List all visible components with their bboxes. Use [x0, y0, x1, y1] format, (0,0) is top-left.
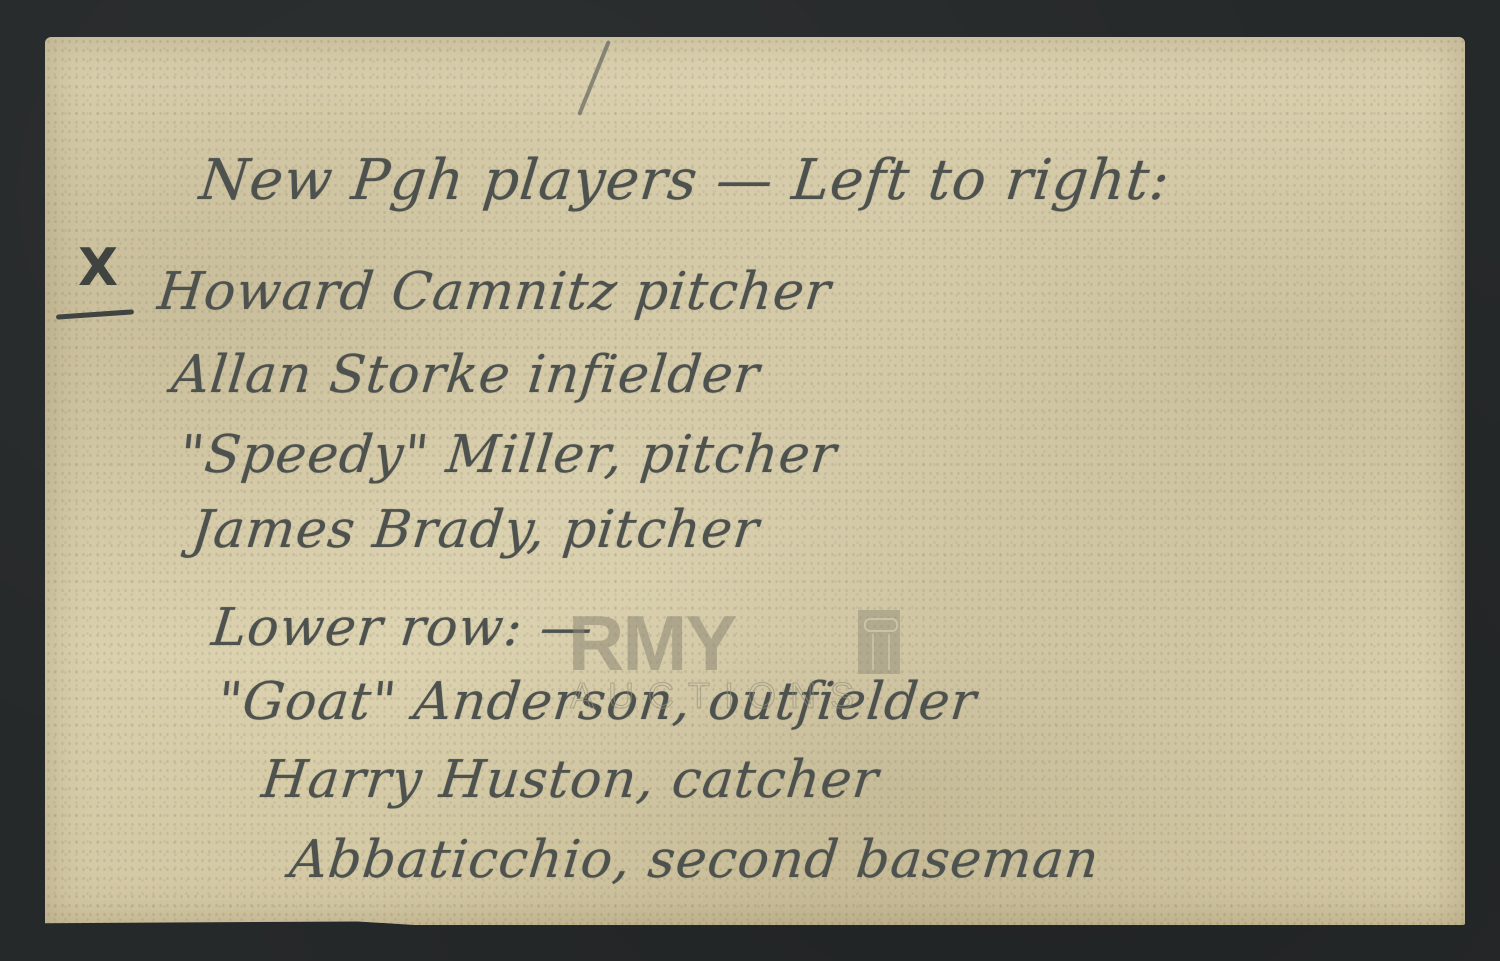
player-line-5: "Goat" Anderson, outfielder [215, 672, 980, 732]
player-line-1: Howard Camnitz pitcher [155, 262, 834, 322]
player-line-6: Harry Huston, catcher [259, 750, 882, 810]
x-marker-icon: X [78, 238, 118, 298]
player-line-2: Allan Storke infielder [169, 345, 763, 405]
player-line-3: "Speedy" Miller, pitcher [177, 425, 840, 485]
player-line-7: Abbaticchio, second baseman [287, 830, 1102, 890]
player-line-4: James Brady, pitcher [189, 500, 762, 560]
lower-row-label: Lower row: — [209, 598, 597, 658]
note-heading: New Pgh players — Left to right: [197, 148, 1173, 213]
